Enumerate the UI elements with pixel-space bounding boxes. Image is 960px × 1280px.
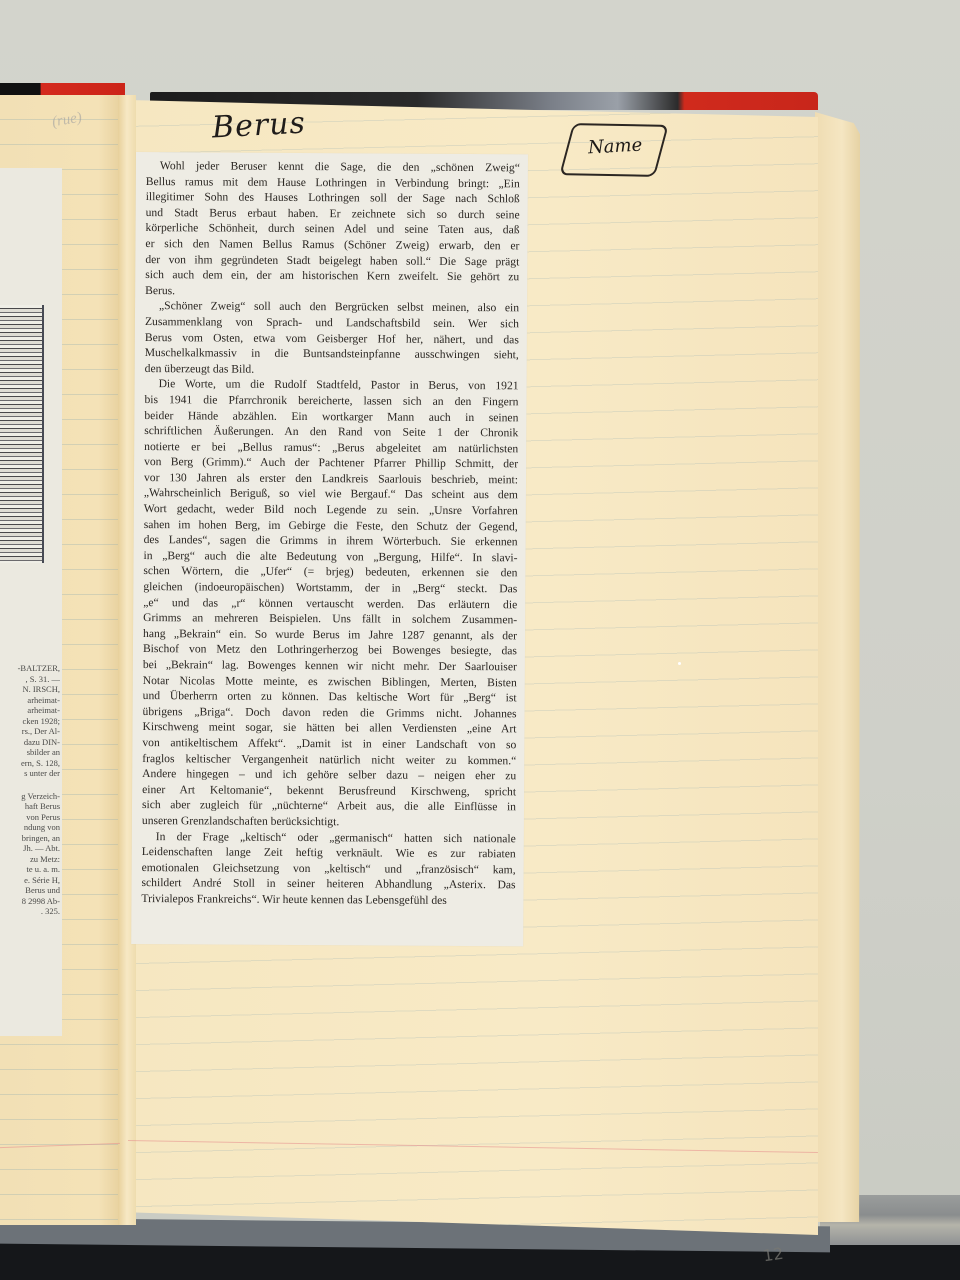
handwritten-heading: Berus [211,106,307,146]
footnote-line: N. IRSCH, [0,684,60,695]
clipping-paragraph: Wohl jeder Beruser kennt die Sage, die d… [145,158,520,301]
footnote-line: te u. a. m. [0,864,60,875]
clipping-line: Wohl jeder Beruser kennt die Sage, die d… [146,158,520,176]
footnote-line: bringen, an [0,833,60,844]
clipping-line: von antikeltischem Affekt“. „Damit ist i… [142,735,516,753]
clipping-line: unseren Grenzlandschaften berücksichtigt… [142,813,516,831]
left-clipping-footnotes: -BALTZER,, S. 31. —N. IRSCH,arheimat-arh… [0,663,60,929]
clipping-line: sich auch dem ein, der am historischen K… [145,267,519,285]
footnote-line: ern, S. 128, [0,758,60,769]
footnote-line: arheimat- [0,695,60,706]
clipping-paragraph: „Schöner Zweig“ soll auch den Bergrücken… [145,298,519,378]
footnote-line: arheimat- [0,705,60,716]
footnote-line: . 325. [0,906,60,917]
footnote-line: , S. 31. — [0,674,60,685]
clipping-line: Wort gedacht, weder Bild noch Legende zu… [144,501,518,519]
footnote-line: haft Berus [0,801,60,812]
clipping-line: schriftlichen Äußerungen. An den Rand vo… [144,423,518,441]
footnote-line: ndung von [0,822,60,833]
clipping-line: Zusammenklang von Sprach- und Landschaft… [145,314,519,332]
footnote-line: von Perus [0,812,60,823]
footnote-line: dazu DIN- [0,737,60,748]
left-clipping-illustration [0,305,44,563]
paper-speck [678,662,681,665]
clipping-line: er sich den Namen Bellus Ramus (Schöner … [145,236,519,254]
footnote-line: zu Metz: [0,854,60,865]
clipping-line: gleichen (indoeuropäischen) Wortstamm, d… [143,579,517,597]
footnote-line: -BALTZER, [0,663,60,674]
handwritten-name-label: Name [587,135,642,159]
clipping-paragraph: Die Worte, um die Rudolf Stadtfeld, Past… [142,376,519,830]
footnote-line: 8 2998 Ab- [0,896,60,907]
footnote-line: s unter der [0,768,60,779]
footnote-line: Berus und [0,885,60,896]
footnote-line: sbilder an [0,747,60,758]
clipping-line: bei „Bekrain“ lag. Bowenges kennen wir n… [143,657,517,675]
footnote-line: g Verzeich- [0,791,60,802]
footnote-line: e. Série H, [0,875,60,886]
page-number: 12 [762,1244,785,1266]
clipping-line: Muschelkalkmassiv in die Buntsandsteinpf… [145,345,519,363]
clipping-line: bis 1941 die Pfarrchronik bereicherte, l… [144,392,518,410]
footnote-block-1: -BALTZER,, S. 31. —N. IRSCH,arheimat-arh… [0,663,60,779]
page-stack-edge [815,112,860,1222]
footnote-line: cken 1928; [0,716,60,727]
clipping-line: Leidenschaften lange Zeit heftig verknäu… [142,844,516,862]
footnote-line: rs., Der Al- [0,726,60,737]
clipping-line: Trivialepos Frankreichs“. Wir heute kenn… [141,891,515,909]
footnote-block-2: g Verzeich-haft Berusvon Perusndung vonb… [0,791,60,917]
clipping-paragraph: In der Frage „keltisch“ oder „germanisch… [141,829,515,909]
footnote-line: Jh. — Abt. [0,843,60,854]
clipping-text: Wohl jeder Beruser kennt die Sage, die d… [141,158,520,909]
newspaper-clipping: Wohl jeder Beruser kennt die Sage, die d… [131,152,528,946]
